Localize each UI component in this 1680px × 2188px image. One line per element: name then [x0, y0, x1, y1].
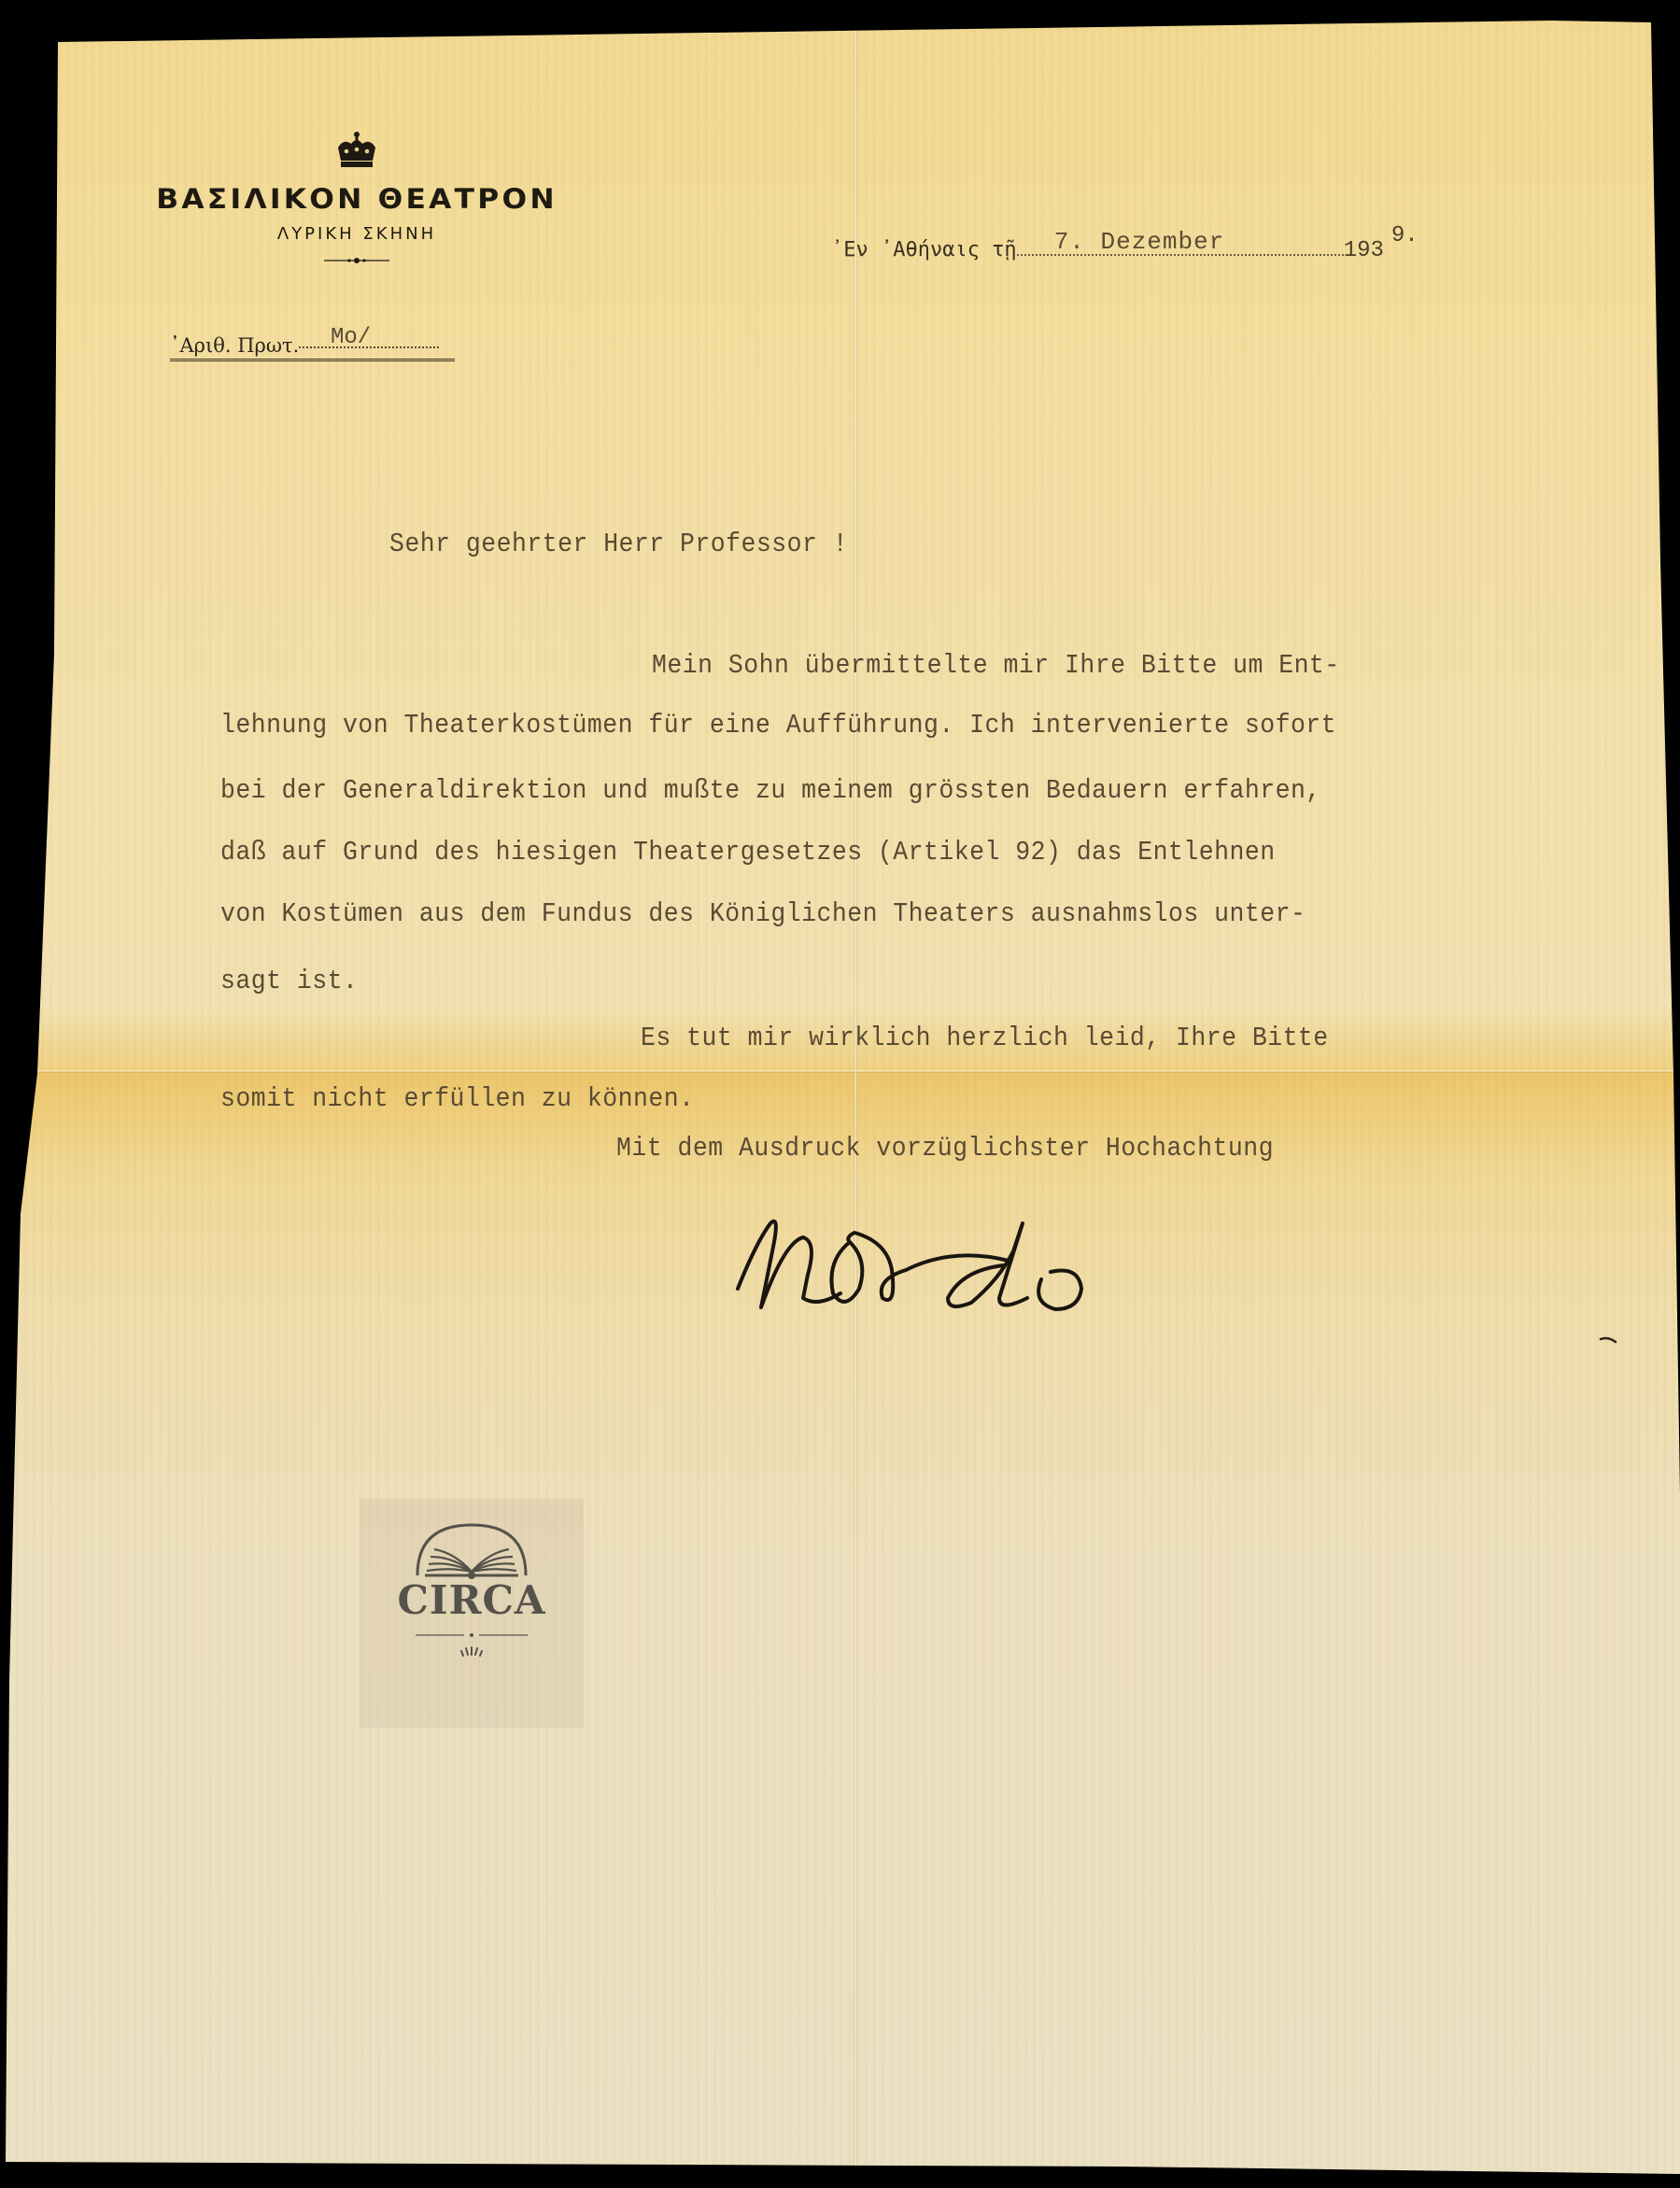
reference-label: ᾿Αριθ. Πρωτ.	[170, 334, 299, 357]
watermark-divider-icon	[416, 1632, 528, 1638]
letter-paper: ΒΑΣΙΛΙΚΟΝ ΘΕΑΤΡΟΝ ΛΥΡΙΚΗ ΣΚΗΝΗ ᾿Αριθ. Πρ…	[0, 0, 1680, 2188]
letterhead-subtitle: ΛΥΡΙΚΗ ΣΚΗΝΗ	[151, 224, 562, 244]
body-line: Es tut mir wirklich herzlich leid, Ihre …	[641, 1023, 1329, 1053]
salutation: Sehr geehrter Herr Professor !	[389, 529, 848, 559]
date-dotted-line: 7. Dezember	[1017, 254, 1344, 256]
watermark-brand: CIRCA	[360, 1577, 584, 1623]
letterhead: ΒΑΣΙΛΙΚΟΝ ΘΕΑΤΡΟΝ ΛΥΡΙΚΗ ΣΚΗΝΗ	[151, 131, 562, 264]
reference-number-line: ᾿Αριθ. Πρωτ. Mo/	[170, 334, 455, 361]
ink-mark	[1599, 1335, 1617, 1345]
year-prefix: 193	[1344, 238, 1384, 263]
year-suffix: 9.	[1391, 223, 1419, 248]
body-line: somit nicht erfüllen zu können.	[220, 1083, 694, 1114]
closing: Mit dem Ausdruck vorzüglichster Hochacht…	[616, 1133, 1274, 1164]
sunburst-icon	[460, 1645, 483, 1657]
dateline: ᾿Εν ᾿Αθήναις τῇ7. Dezember1939.	[831, 238, 1419, 263]
body-line: bei der Generaldirektion und mußte zu me…	[220, 775, 1321, 806]
crown-icon	[334, 131, 379, 170]
signature	[728, 1205, 1121, 1326]
horizontal-fold	[0, 1070, 1680, 1073]
body-line: Mein Sohn übermittelte mir Ihre Bitte um…	[652, 650, 1340, 681]
vertical-fold	[854, 28, 857, 2176]
body-line: von Kostümen aus dem Fundus des Königlic…	[220, 898, 1306, 929]
ornament-divider-icon	[324, 257, 389, 264]
body-line: daß auf Grund des hiesigen Theatergesetz…	[220, 837, 1276, 868]
reference-value: Mo/	[331, 325, 371, 350]
body-line: sagt ist.	[220, 966, 358, 996]
body-line: lehnung von Theaterkostümen für eine Auf…	[220, 710, 1336, 741]
place-label: ᾿Εν ᾿Αθήναις τῇ	[831, 238, 1017, 261]
open-book-icon	[406, 1517, 537, 1583]
circa-watermark: CIRCA	[360, 1499, 584, 1728]
date-value: 7. Dezember	[1054, 228, 1225, 256]
letterhead-title: ΒΑΣΙΛΙΚΟΝ ΘΕΑΤΡΟΝ	[134, 183, 578, 215]
